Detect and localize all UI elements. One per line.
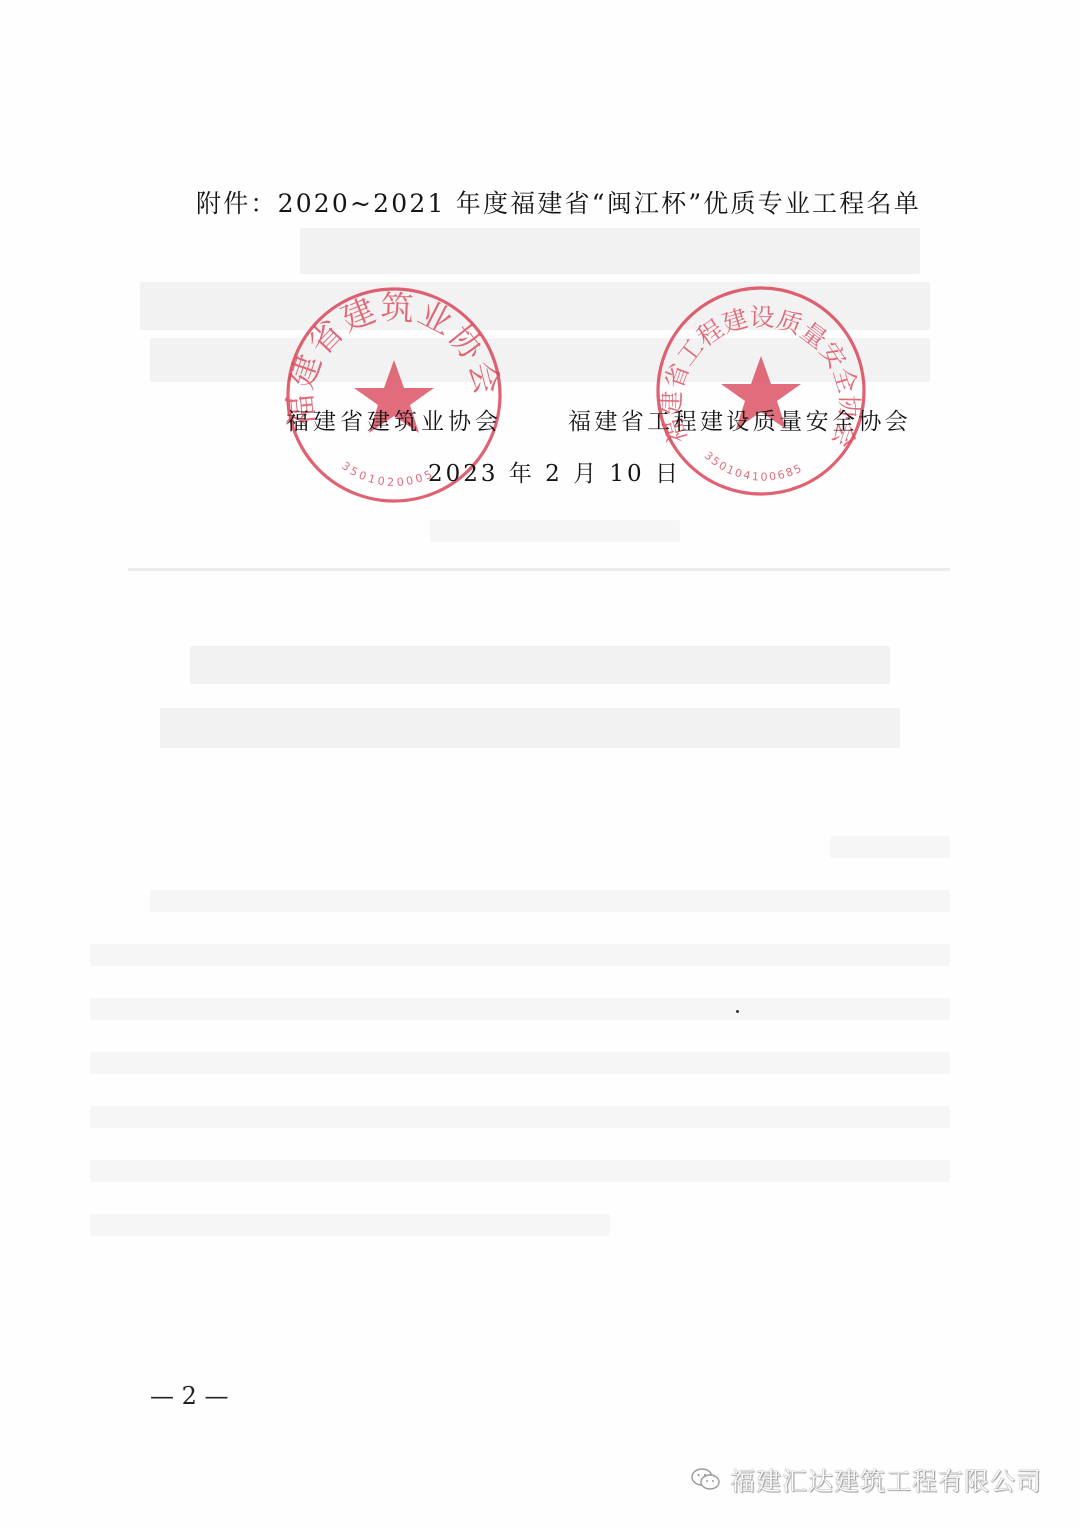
page-number: — 2 — <box>150 1382 229 1410</box>
signer-construction-association: 福建省建筑业协会 <box>286 403 502 436</box>
wechat-icon <box>690 1466 722 1494</box>
wechat-watermark: 福建汇达建筑工程有限公司 <box>690 1462 1042 1498</box>
document-page: 福建省建筑业协会 3501020005 福建省工程建设质量安全协会 350104… <box>0 0 1080 1528</box>
attachment-heading: 附件：2020~2021 年度福建省“闽江杯”优质专业工程名单 <box>196 184 921 220</box>
speck <box>736 1010 739 1013</box>
signer-quality-safety-association: 福建省工程建设质量安全协会 <box>568 403 911 436</box>
show-through-rule <box>128 568 950 571</box>
issue-date: 2023 年 2 月 10 日 <box>428 455 681 488</box>
svg-text:350104100685: 350104100685 <box>702 449 805 484</box>
svg-text:3501020005: 3501020005 <box>339 459 436 489</box>
watermark-text: 福建汇达建筑工程有限公司 <box>730 1462 1042 1498</box>
